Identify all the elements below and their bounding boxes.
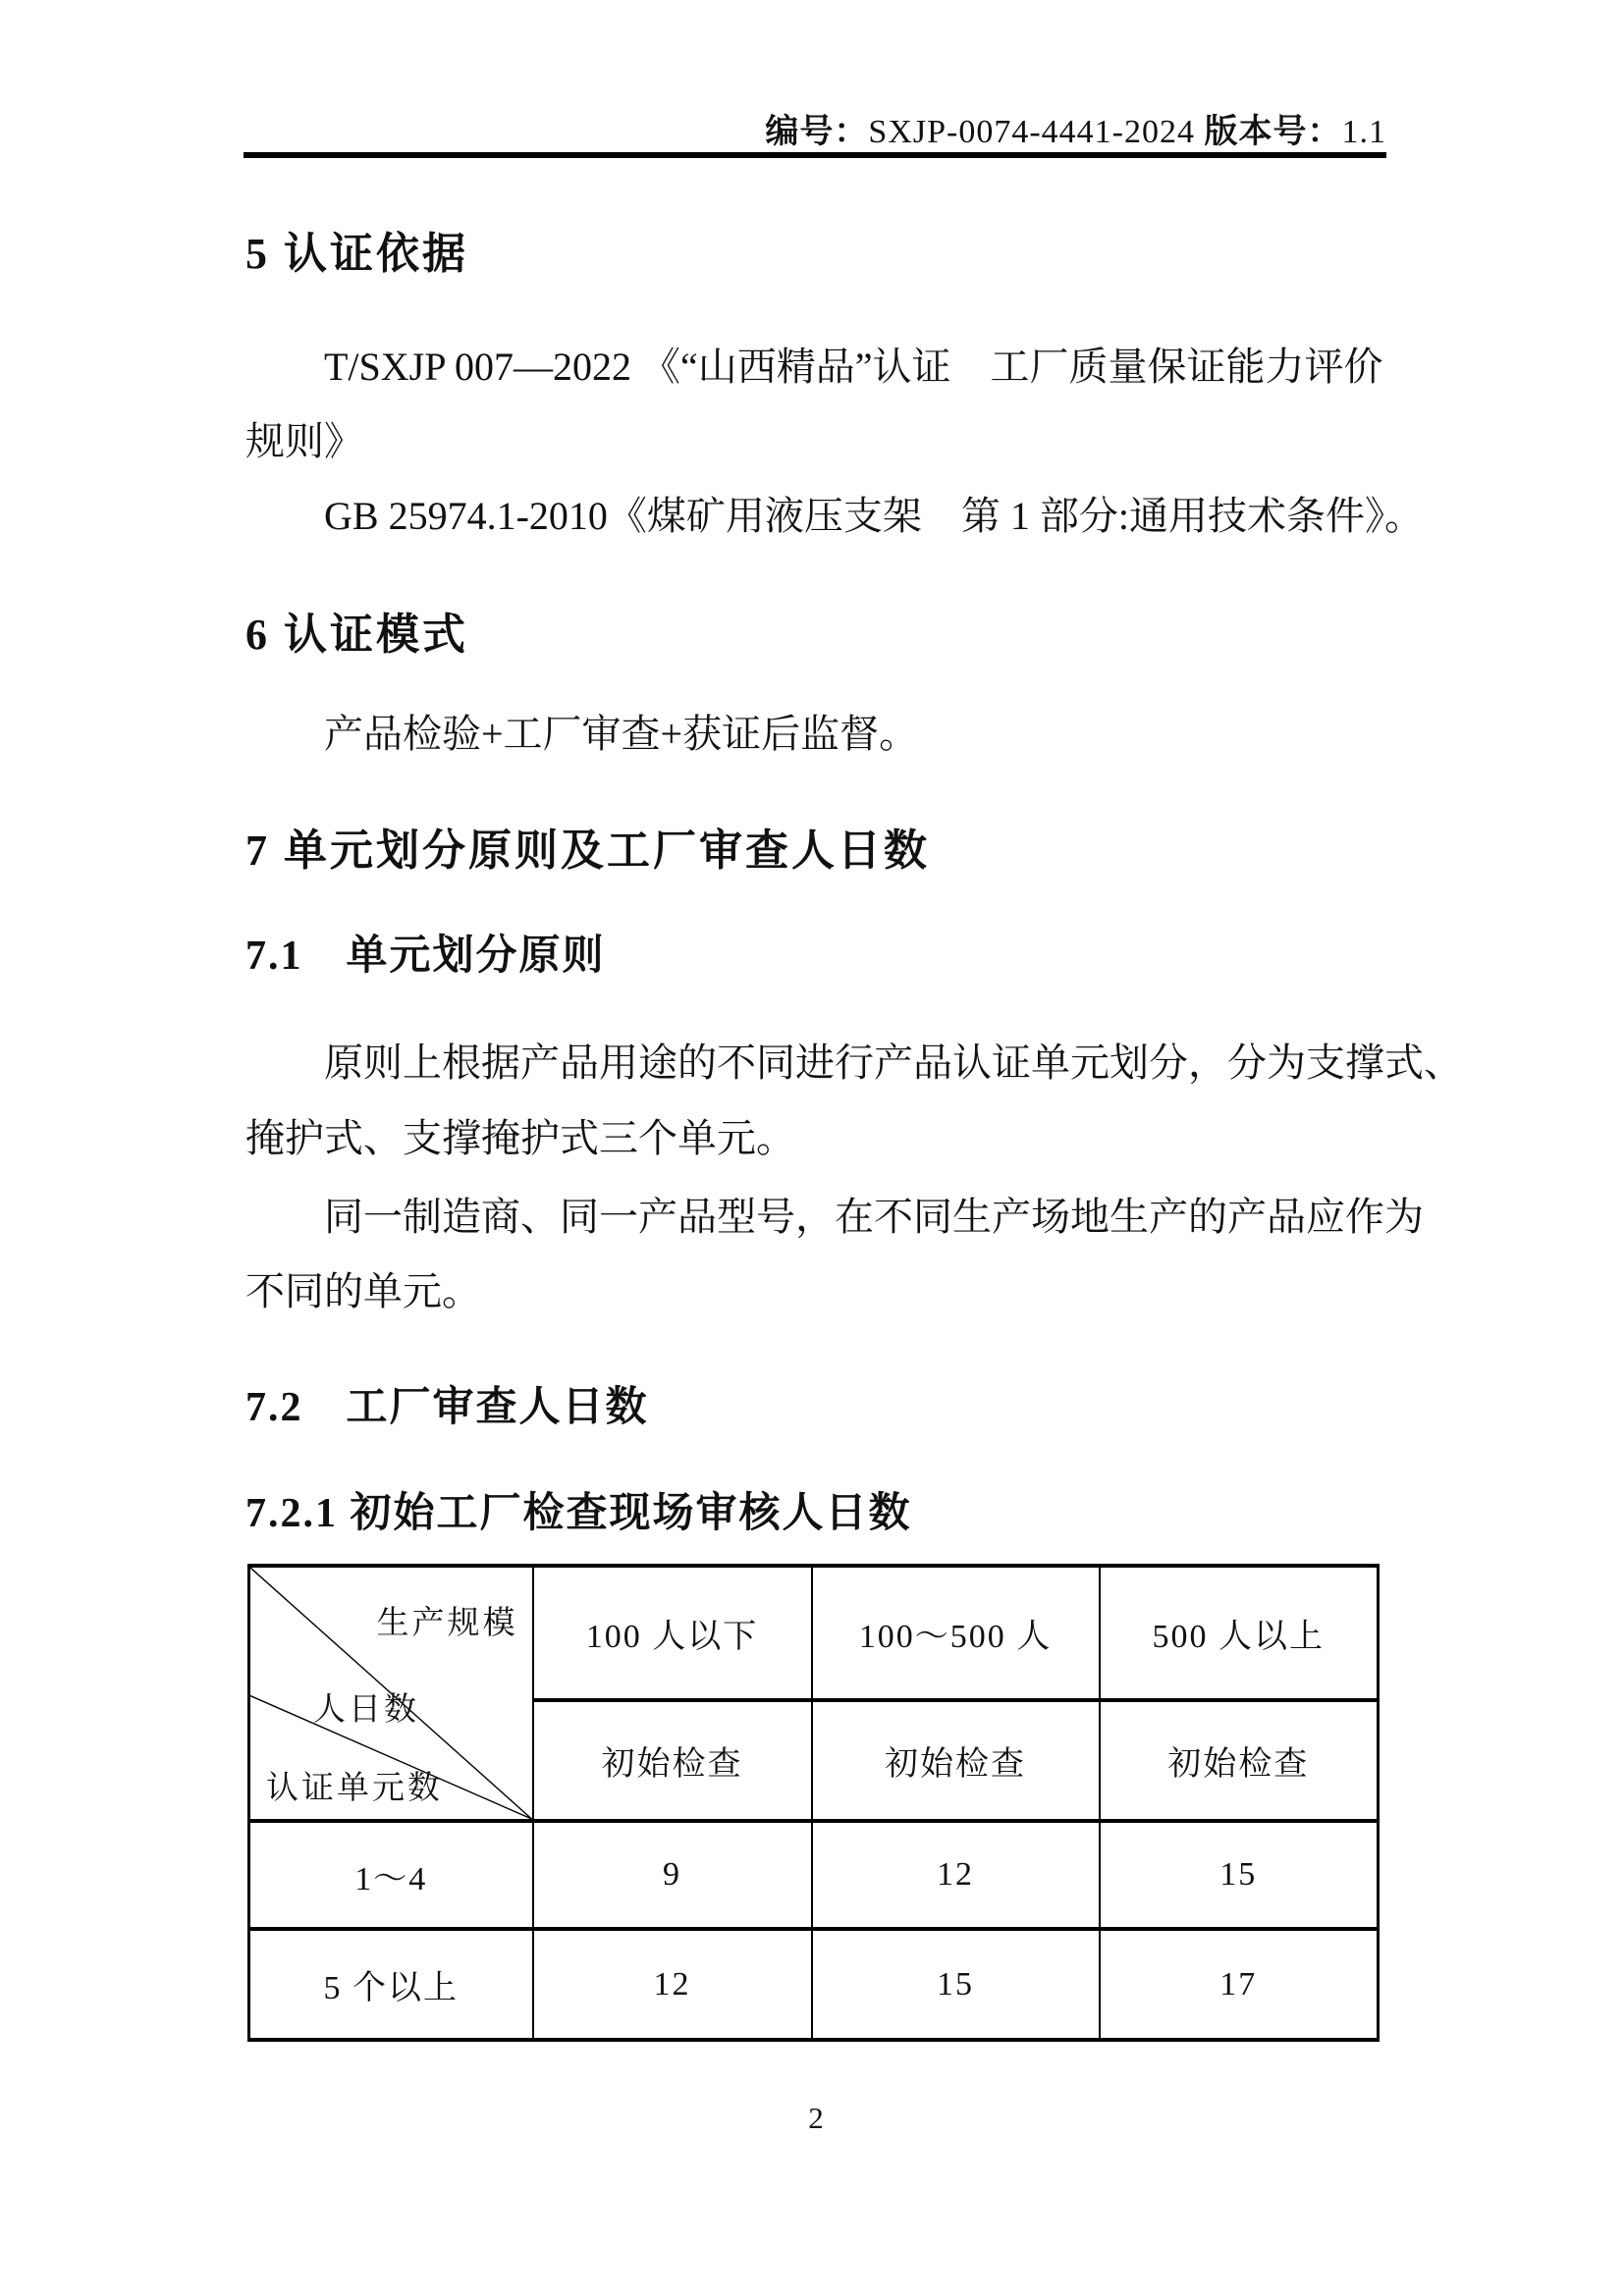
certification-basis-line-1: T/SXJP 007—2022 《“山西精品”认证 工厂质量保证能力评价 xyxy=(324,336,1383,392)
sub-header-initial-check-2: 初始检查 xyxy=(812,1700,1100,1821)
doc-number-value: SXJP-0074-4441-2024 xyxy=(868,114,1195,150)
cell-5-plus-over-500: 17 xyxy=(1100,1929,1379,2040)
corner-label-unit-count: 认证单元数 xyxy=(266,1762,443,1808)
doc-number-label: 编号： xyxy=(765,114,868,150)
unit-division-line-3: 同一制造商、同一产品型号，在不同生产场地生产的产品应作为 xyxy=(324,1186,1424,1242)
table-row: 5 个以上 12 15 17 xyxy=(249,1929,1379,2040)
header-rule xyxy=(244,152,1386,158)
table-corner-cell: 生产规模 人日数 认证单元数 xyxy=(249,1566,533,1821)
audit-days-table: 生产规模 人日数 认证单元数 100 人以下 100～500 人 500 人以上… xyxy=(247,1564,1380,2042)
certification-basis-line-3: GB 25974.1-2010《煤矿用液压支架 第 1 部分:通用技术条件》。 xyxy=(324,485,1424,541)
cell-1-4-under-100: 9 xyxy=(533,1821,812,1929)
section-7-2-1-heading: 7.2.1 初始工厂检查现场审核人日数 xyxy=(245,1480,912,1539)
unit-division-line-4: 不同的单元。 xyxy=(245,1260,481,1316)
corner-label-production-scale: 生产规模 xyxy=(377,1597,518,1643)
unit-division-line-1: 原则上根据产品用途的不同进行产品认证单元划分，分为支撑式、 xyxy=(324,1032,1463,1088)
unit-division-line-2: 掩护式、支撑掩护式三个单元。 xyxy=(245,1107,795,1163)
section-6-heading: 6 认证模式 xyxy=(245,599,468,662)
sub-header-initial-check-3: 初始检查 xyxy=(1100,1700,1379,1821)
document-header: 编号：SXJP-0074-4441-2024 版本号：1.1 xyxy=(245,104,1386,152)
version-label: 版本号： xyxy=(1205,114,1342,150)
row-label-1-4: 1～4 xyxy=(249,1821,533,1929)
cell-1-4-over-500: 15 xyxy=(1100,1821,1379,1929)
section-7-1-heading: 7.1 单元划分原则 xyxy=(245,923,606,982)
section-5-heading: 5 认证依据 xyxy=(245,218,468,281)
section-7-2-heading: 7.2 工厂审查人日数 xyxy=(245,1374,649,1433)
version-value: 1.1 xyxy=(1342,114,1387,150)
section-7-heading: 7 单元划分原则及工厂审查人日数 xyxy=(245,815,930,878)
col-header-over-500: 500 人以上 xyxy=(1100,1566,1379,1700)
sub-header-initial-check-1: 初始检查 xyxy=(533,1700,812,1821)
page-number: 2 xyxy=(245,2101,1386,2136)
cell-5-plus-100-500: 15 xyxy=(812,1929,1100,2040)
corner-label-person-days: 人日数 xyxy=(313,1683,419,1730)
certification-mode-line: 产品检验+工厂审查+获证后监督。 xyxy=(324,703,918,759)
certification-basis-line-2: 规则》 xyxy=(245,410,363,466)
document-page: 编号：SXJP-0074-4441-2024 版本号：1.1 5 认证依据 T/… xyxy=(0,0,1624,2296)
cell-5-plus-under-100: 12 xyxy=(533,1929,812,2040)
col-header-under-100: 100 人以下 xyxy=(533,1566,812,1700)
row-label-5-plus: 5 个以上 xyxy=(249,1929,533,2040)
table-row: 1～4 9 12 15 xyxy=(249,1821,1379,1929)
header-spacer xyxy=(1195,114,1205,150)
col-header-100-500: 100～500 人 xyxy=(812,1566,1100,1700)
cell-1-4-100-500: 12 xyxy=(812,1821,1100,1929)
